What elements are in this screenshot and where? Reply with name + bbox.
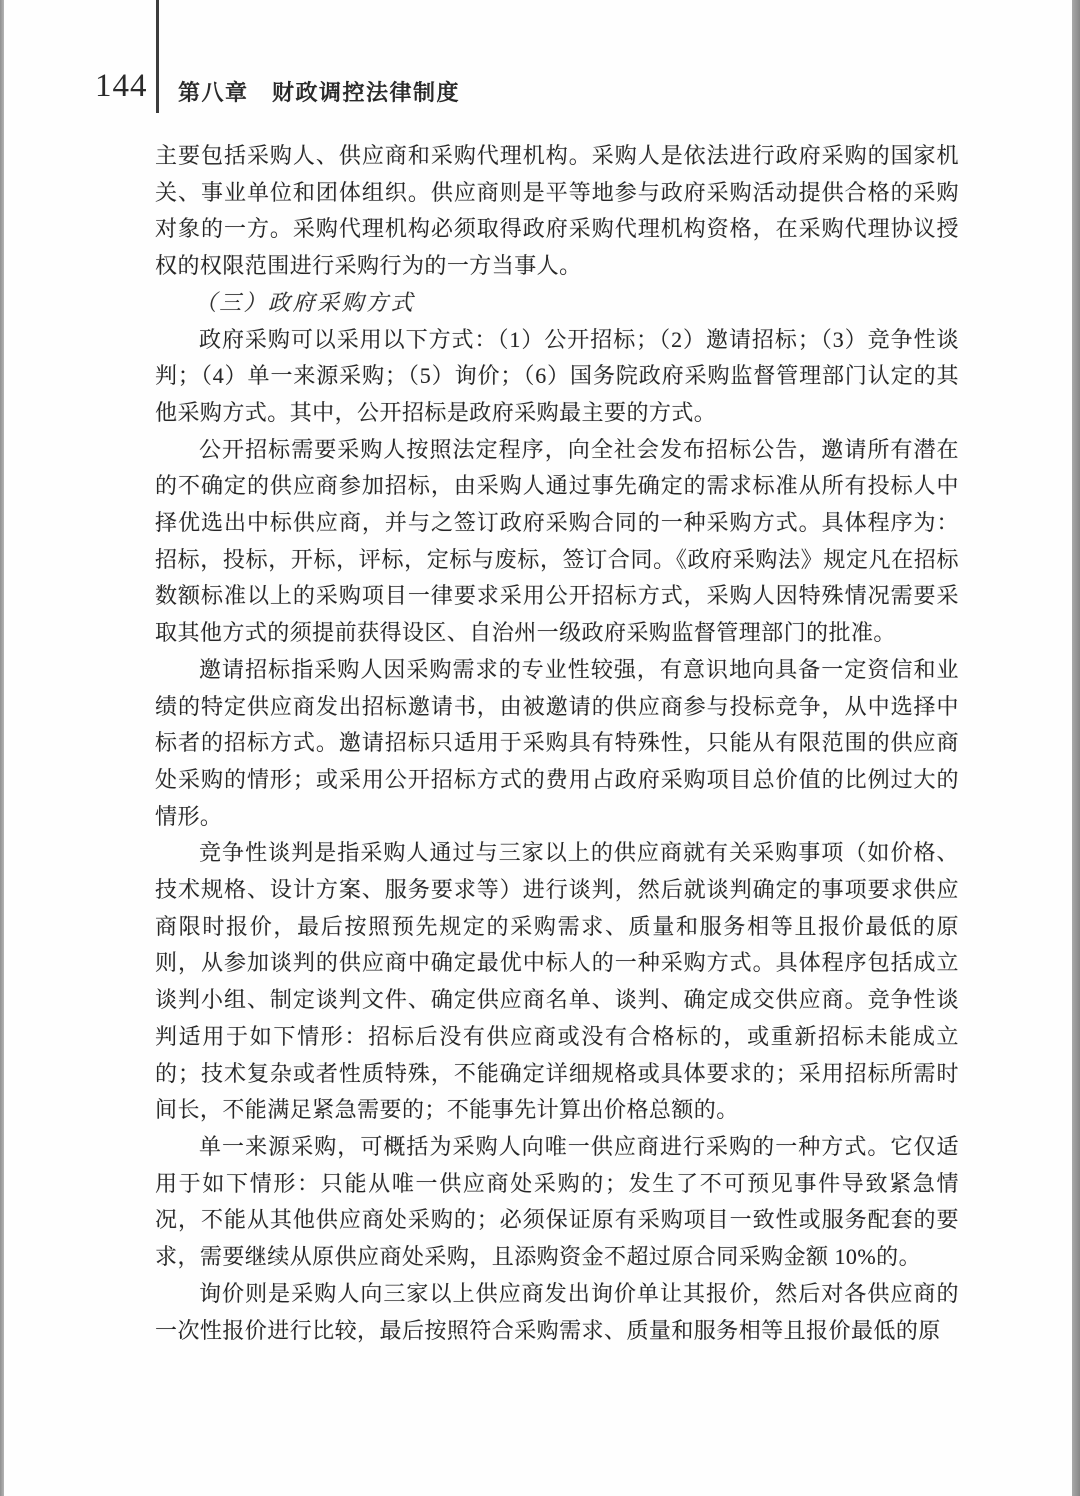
- paragraph-invited-tendering: 邀请招标指采购人因采购需求的专业性较强，有意识地向具备一定资信和业绩的特定供应商…: [155, 652, 959, 836]
- paragraph-inquiry: 询价则是采购人向三家以上供应商发出询价单让其报价，然后对各供应商的一次性报价进行…: [155, 1276, 959, 1349]
- paragraph-single-source: 单一来源采购，可概括为采购人向唯一供应商进行采购的一种方式。它仅适用于如下情形：…: [155, 1129, 959, 1276]
- header-divider: [156, 0, 159, 113]
- scan-edge-left: [0, 0, 4, 1496]
- paragraph-open-tendering: 公开招标需要采购人按照法定程序，向全社会发布招标公告，邀请所有潜在的不确定的供应…: [155, 432, 959, 652]
- section-heading: （三）政府采购方式: [155, 285, 959, 322]
- paragraph-procurement-methods: 政府采购可以采用以下方式：（1）公开招标；（2）邀请招标；（3）竞争性谈判；（4…: [155, 322, 959, 432]
- chapter-title: 第八章 财政调控法律制度: [178, 76, 460, 107]
- paragraph-competitive-negotiation: 竞争性谈判是指采购人通过与三家以上的供应商就有关采购事项（如价格、技术规格、设计…: [155, 835, 959, 1129]
- scan-edge-right: [1072, 0, 1080, 1496]
- page-number: 144: [95, 68, 145, 105]
- book-page: 144 第八章 财政调控法律制度 主要包括采购人、供应商和采购代理机构。采购人是…: [0, 0, 1080, 1496]
- paragraph-continued: 主要包括采购人、供应商和采购代理机构。采购人是依法进行政府采购的国家机关、事业单…: [155, 138, 959, 285]
- page-body: 主要包括采购人、供应商和采购代理机构。采购人是依法进行政府采购的国家机关、事业单…: [155, 138, 959, 1349]
